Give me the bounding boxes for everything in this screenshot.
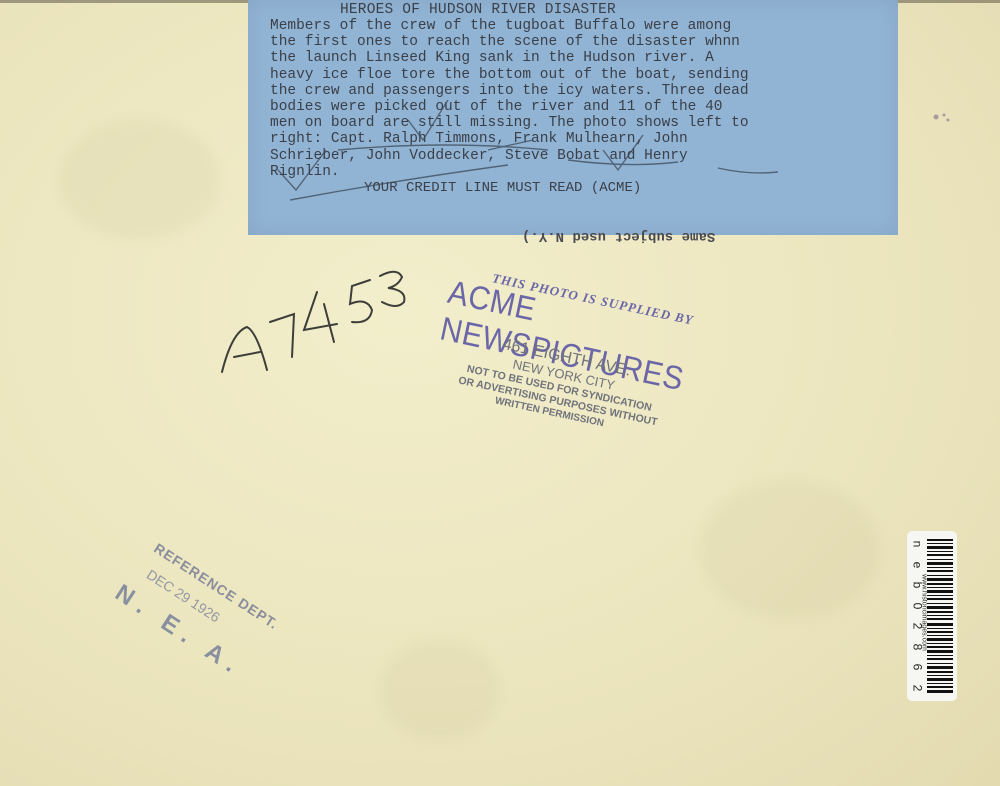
upside-down-note: Same subject used N.Y.)	[522, 228, 715, 244]
caption-line: heavy ice floe tore the bottom out of th…	[270, 67, 890, 83]
caption-line: Schrieber, John Voddecker, Steve Bobat a…	[270, 148, 890, 164]
ink-smudge	[928, 108, 958, 126]
paper-stain	[60, 120, 220, 240]
paper-stain	[700, 480, 880, 620]
caption-line: right: Capt. Ralph Timmons, Frank Mulhea…	[270, 131, 890, 147]
caption-title: HEROES OF HUDSON RIVER DISASTER	[340, 2, 616, 18]
barcode-url: www.historicimages.com	[921, 558, 928, 668]
handwritten-catalog-number: A7453	[212, 262, 432, 382]
credit-line: YOUR CREDIT LINE MUST READ (ACME)	[364, 180, 641, 196]
caption-line: Rignlin.	[270, 164, 890, 180]
caption-line: bodies were picked out of the river and …	[270, 99, 890, 115]
acme-newspictures-stamp: THIS PHOTO IS SUPPLIED BY ACME NEWSPICTU…	[418, 262, 749, 500]
barcode-label: n e b 0 2 8 6 2 www.historicimages.com	[907, 531, 957, 701]
caption-line: men on board are still missing. The phot…	[270, 115, 890, 131]
caption-line: the crew and passengers into the icy wat…	[270, 83, 890, 99]
caption-body: Members of the crew of the tugboat Buffa…	[270, 18, 890, 180]
caption-line: the first ones to reach the scene of the…	[270, 34, 890, 50]
reference-dept-stamp: REFERENCE DEPT. DEC 29 1926 N. E. A.	[73, 540, 328, 783]
caption-line: Members of the crew of the tugboat Buffa…	[270, 18, 890, 34]
caption-line: the launch Linseed King sank in the Huds…	[270, 50, 890, 66]
barcode-icon	[927, 537, 953, 695]
paper-stain	[380, 640, 500, 740]
caption-slip: HEROES OF HUDSON RIVER DISASTER Members …	[248, 0, 898, 235]
